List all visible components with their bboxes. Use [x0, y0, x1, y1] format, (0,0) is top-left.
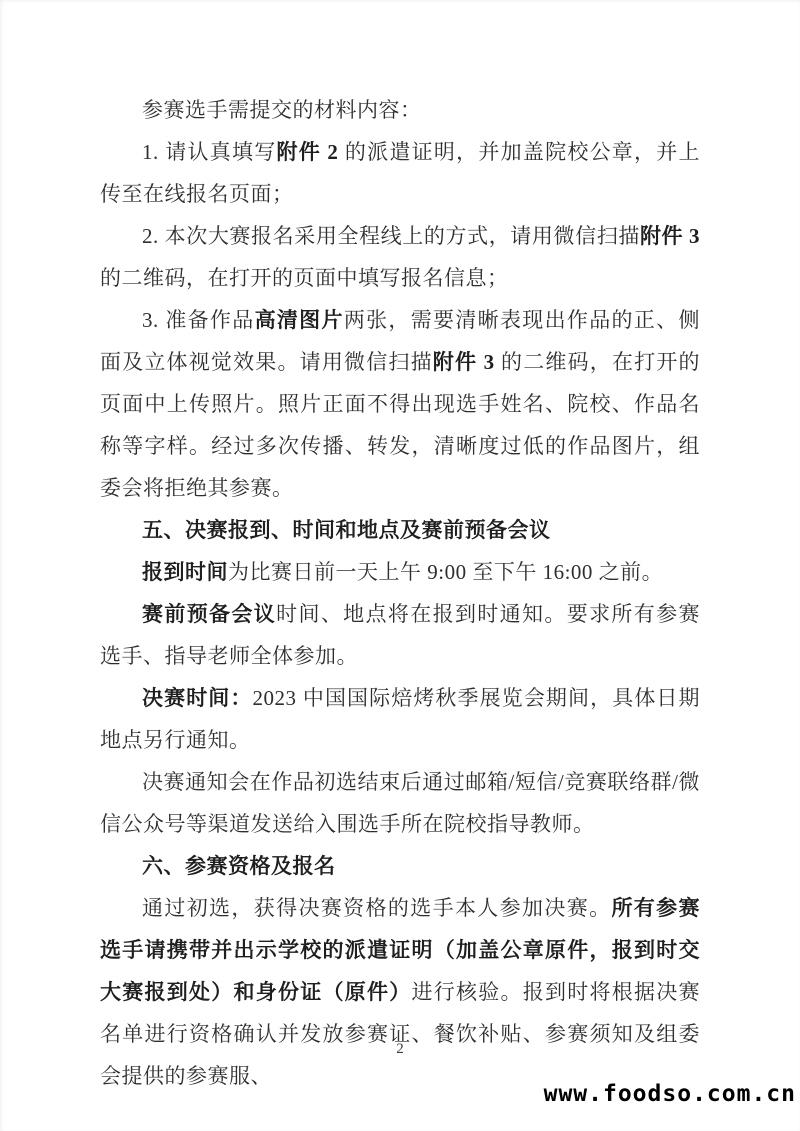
- text-run-bold: 附件 2: [276, 140, 338, 164]
- document-body: 参赛选手需提交的材料内容：1. 请认真填写附件 2 的派遣证明，并加盖院校公章，…: [100, 89, 700, 1097]
- page-number: 2: [0, 1041, 800, 1058]
- text-run: 1. 请认真填写: [142, 140, 276, 164]
- document-page: 参赛选手需提交的材料内容：1. 请认真填写附件 2 的派遣证明，并加盖院校公章，…: [0, 0, 800, 1131]
- text-run: 2. 本次大赛报名采用全程线上的方式，请用微信扫描: [142, 224, 640, 248]
- text-run-bold: 报到时间: [142, 560, 228, 584]
- paragraph-check-in-time: 报到时间为比赛日前一天上午 9:00 至下午 16:00 之前。: [100, 551, 700, 593]
- paragraph-section-5-heading: 五、决赛报到、时间和地点及赛前预备会议: [100, 509, 700, 551]
- text-run: 参赛选手需提交的材料内容：: [142, 98, 422, 122]
- text-run: 的二维码，在打开的页面中填写报名信息；: [100, 266, 509, 290]
- paragraph-final-notification: 决赛通知会在作品初选结束后通过邮箱/短信/竞赛联络群/微信公众号等渠道发送给入围…: [100, 761, 700, 845]
- paragraph-section-6-heading: 六、参赛资格及报名: [100, 845, 700, 887]
- text-run-bold: 附件 3: [433, 350, 495, 374]
- text-run-bold: 决赛时间：: [142, 686, 253, 710]
- text-run-bold: 五、决赛报到、时间和地点及赛前预备会议: [142, 518, 551, 542]
- text-run: 决赛通知会在作品初选结束后通过邮箱/短信/竞赛联络群/微信公众号等渠道发送给入围…: [100, 770, 700, 836]
- text-run-bold: 高清图片: [255, 308, 344, 332]
- paragraph-materials-intro: 参赛选手需提交的材料内容：: [100, 89, 700, 131]
- watermark-url: www.foodso.com.cn: [544, 1081, 796, 1107]
- paragraph-item-1-dispatch-certificate: 1. 请认真填写附件 2 的派遣证明，并加盖院校公章，并上传至在线报名页面；: [100, 131, 700, 215]
- text-run: 3. 准备作品: [142, 308, 255, 332]
- text-run-bold: 六、参赛资格及报名: [142, 854, 336, 878]
- paragraph-final-time: 决赛时间：2023 中国国际焙烤秋季展览会期间，具体日期地点另行通知。: [100, 677, 700, 761]
- paragraph-pre-match-meeting: 赛前预备会议时间、地点将在报到时通知。要求所有参赛选手、指导老师全体参加。: [100, 593, 700, 677]
- text-run-bold: 附件 3: [640, 224, 700, 248]
- text-run: 通过初选，获得决赛资格的选手本人参加决赛。: [142, 896, 611, 920]
- paragraph-item-3-hd-photos: 3. 准备作品高清图片两张，需要清晰表现出作品的正、侧面及立体视觉效果。请用微信…: [100, 299, 700, 509]
- text-run-bold: 赛前预备会议: [142, 602, 276, 626]
- paragraph-eligibility-and-registration: 通过初选，获得决赛资格的选手本人参加决赛。所有参赛选手请携带并出示学校的派遣证明…: [100, 887, 700, 1097]
- text-run: 为比赛日前一天上午 9:00 至下午 16:00 之前。: [228, 560, 663, 584]
- paragraph-item-2-online-registration: 2. 本次大赛报名采用全程线上的方式，请用微信扫描附件 3 的二维码，在打开的页…: [100, 215, 700, 299]
